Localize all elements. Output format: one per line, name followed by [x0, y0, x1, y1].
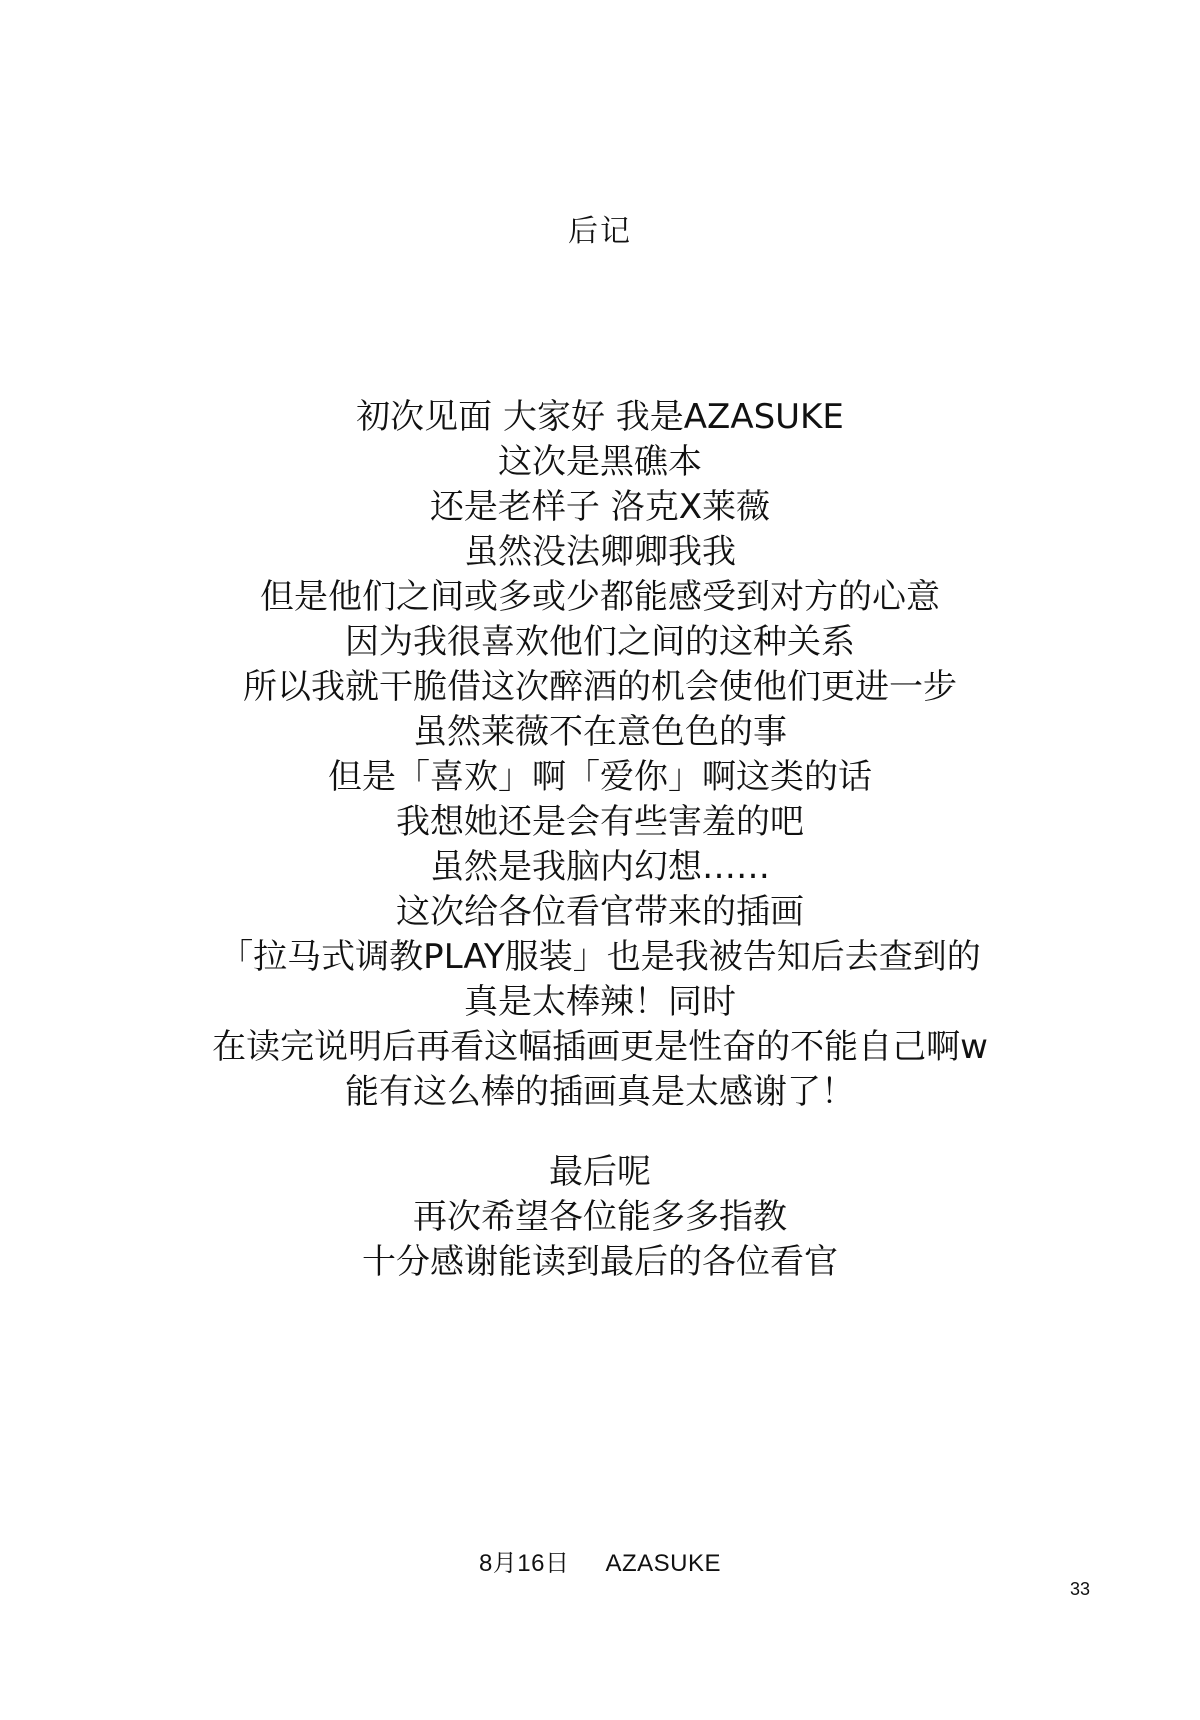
signature-author: AZASUKE — [606, 1550, 722, 1577]
body-line: 虽然莱薇不在意色色的事 — [0, 710, 1200, 755]
signature: 8月16日AZASUKE — [0, 1549, 1200, 1579]
document-page: 后记 初次见面 大家好 我是AZASUKE 这次是黑礁本 还是老样子 洛克X莱薇… — [0, 0, 1200, 1720]
body-line: 还是老样子 洛克X莱薇 — [0, 485, 1200, 530]
body-line: 但是「喜欢」啊「爱你」啊这类的话 — [0, 755, 1200, 800]
body-line: 虽然是我脑内幻想…… — [0, 845, 1200, 890]
closing-line: 十分感谢能读到最后的各位看官 — [0, 1240, 1200, 1285]
closing-line: 最后呢 — [0, 1150, 1200, 1195]
body-line: 能有这么棒的插画真是太感谢了！ — [0, 1070, 1200, 1115]
body-line: 我想她还是会有些害羞的吧 — [0, 800, 1200, 845]
body-line: 初次见面 大家好 我是AZASUKE — [0, 395, 1200, 440]
afterword-body: 初次见面 大家好 我是AZASUKE 这次是黑礁本 还是老样子 洛克X莱薇 虽然… — [0, 395, 1200, 1115]
body-line: 因为我很喜欢他们之间的这种关系 — [0, 620, 1200, 665]
page-title: 后记 — [0, 212, 1200, 252]
body-line: 这次给各位看官带来的插画 — [0, 890, 1200, 935]
body-line: 但是他们之间或多或少都能感受到对方的心意 — [0, 575, 1200, 620]
closing-line: 再次希望各位能多多指教 — [0, 1195, 1200, 1240]
body-line: 真是太棒辣！同时 — [0, 980, 1200, 1025]
body-line: 所以我就干脆借这次醉酒的机会使他们更进一步 — [0, 665, 1200, 710]
signature-date: 8月16日 — [479, 1550, 570, 1577]
body-line: 「拉马式调教PLAY服装」也是我被告知后去查到的 — [0, 935, 1200, 980]
body-line: 虽然没法卿卿我我 — [0, 530, 1200, 575]
page-number: 33 — [1070, 1578, 1090, 1600]
body-line: 在读完说明后再看这幅插画更是性奋的不能自己啊w — [0, 1025, 1200, 1070]
body-line: 这次是黑礁本 — [0, 440, 1200, 485]
closing-paragraph: 最后呢 再次希望各位能多多指教 十分感谢能读到最后的各位看官 — [0, 1150, 1200, 1285]
